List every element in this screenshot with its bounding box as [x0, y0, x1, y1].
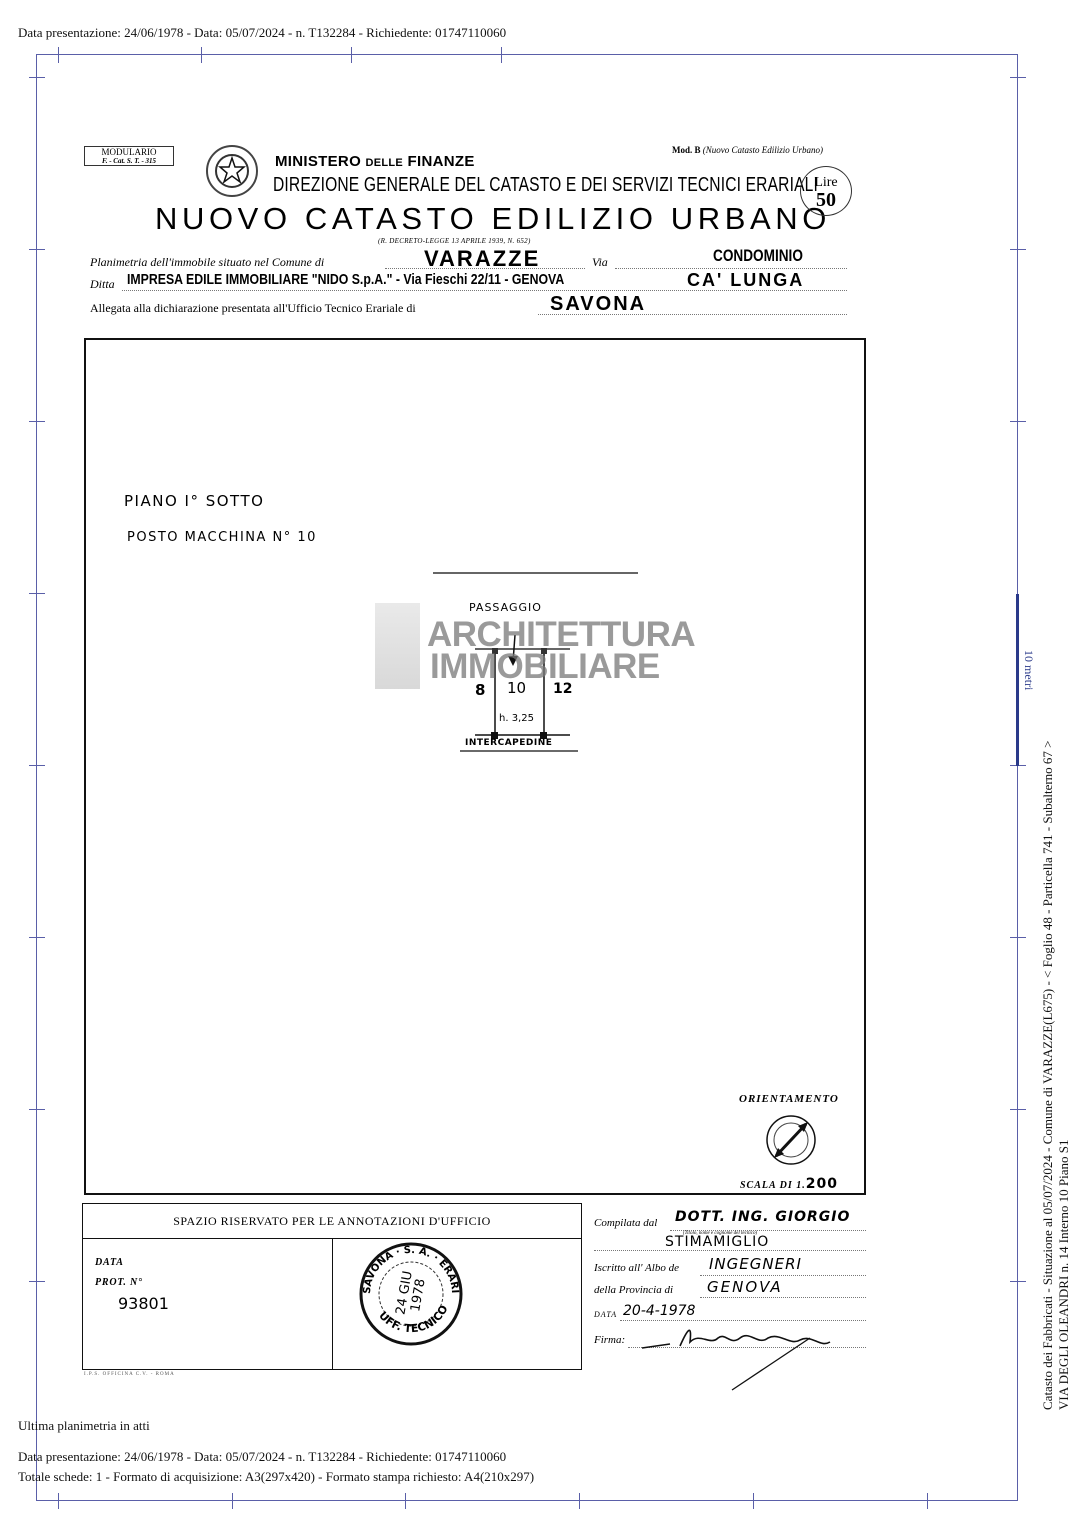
footer-ultima: Ultima planimetria in atti — [18, 1418, 150, 1434]
plan-note-parking: POSTO MACCHINA N° 10 — [127, 530, 317, 545]
albo-value: INGEGNERI — [709, 1255, 802, 1273]
scale-text: SCALA DI 1.200 — [740, 1176, 838, 1192]
passaggio-label: PASSAGGIO — [469, 601, 542, 614]
anno-prot-label: PROT. N° — [95, 1277, 143, 1288]
via-value-line1: CONDOMINIO — [713, 246, 803, 266]
revenue-stamp: Lire 50 — [800, 166, 852, 216]
direzione-heading: DIREZIONE GENERALE DEL CATASTO E DEI SER… — [273, 174, 818, 197]
albo-label: Iscritto all' Albo de — [594, 1262, 679, 1274]
compilata-value-line2: STIMAMIGLIO — [665, 1234, 769, 1250]
header-meta: Data presentazione: 24/06/1978 - Data: 0… — [18, 25, 506, 41]
ufficio-value: SAVONA — [550, 293, 646, 316]
floor-plan-area — [84, 338, 866, 1195]
footer-line2: Totale schede: 1 - Formato di acquisizio… — [18, 1469, 534, 1485]
side-info-line2: VIA DEGLI OLEANDRI n. 14 Interno 10 Pian… — [1056, 1140, 1072, 1410]
modulario-line1: MODULARIO — [85, 148, 173, 157]
north-arrow-icon — [764, 1114, 818, 1166]
decreto-reference: (R. DECRETO-LEGGE 13 APRILE 1939, N. 652… — [378, 237, 531, 245]
height-label: h. 3,25 — [499, 713, 534, 724]
compilata-value-line1: DOTT. ING. GIORGIO — [675, 1209, 850, 1225]
ministero-heading: MINISTERO DELLE FINANZE — [275, 153, 475, 170]
ministero-word: MINISTERO — [275, 153, 361, 170]
watermark-tower-image — [375, 603, 420, 689]
mod-b-label: Mod. B (Nuovo Catasto Edilizio Urbano) — [672, 145, 823, 155]
office-stamp-icon: 24 GIU 1978 SAVONA · S. A. · ERARIALE UF… — [358, 1241, 464, 1347]
firma-label: Firma: — [594, 1334, 625, 1346]
modulario-line2: F. - Cat. S. T. - 315 — [85, 157, 173, 166]
annotations-divider — [332, 1239, 333, 1370]
lire-label: Lire — [801, 176, 851, 190]
comp-data-value: 20-4-1978 — [623, 1303, 695, 1319]
compilata-label: Compilata dal — [594, 1217, 657, 1229]
printer-mark: I.P.S. OFFICINA C.V. - ROMA — [84, 1372, 175, 1377]
modulario-box: MODULARIO F. - Cat. S. T. - 315 — [84, 146, 174, 166]
ditta-label: Ditta — [90, 277, 115, 292]
scale-bar — [1016, 594, 1019, 766]
delle-word: DELLE — [366, 157, 404, 169]
scale-label-text: SCALA DI 1. — [740, 1180, 806, 1191]
via-value-line2: CA' LUNGA — [687, 270, 804, 291]
comp-data-label: DATA — [594, 1310, 617, 1319]
allegata-label: Allegata alla dichiarazione presentata a… — [90, 301, 416, 316]
unit-left-number: 8 — [475, 681, 485, 699]
ditta-value: IMPRESA EDILE IMMOBILIARE "NIDO S.p.A." … — [127, 271, 564, 288]
office-annotations-heading: SPAZIO RISERVATO PER LE ANNOTAZIONI D'UF… — [82, 1203, 582, 1239]
anno-prot-value: 93801 — [118, 1294, 169, 1313]
via-label: Via — [592, 255, 608, 270]
form-title: NUOVO CATASTO EDILIZIO URBANO — [155, 201, 831, 237]
planimetria-label: Planimetria dell'immobile situato nel Co… — [90, 255, 324, 270]
unit-right-number: 12 — [553, 681, 572, 697]
italian-republic-emblem-icon — [206, 145, 258, 197]
signature — [640, 1320, 860, 1392]
footer-line1: Data presentazione: 24/06/1978 - Data: 0… — [18, 1449, 506, 1465]
mod-b-description: (Nuovo Catasto Edilizio Urbano) — [703, 145, 823, 155]
intercapedine-label: INTERCAPEDINE — [465, 738, 552, 748]
provincia-label: della Provincia di — [594, 1284, 673, 1296]
scale-label: 10 metri — [1021, 650, 1036, 690]
orientamento-label: ORIENTAMENTO — [739, 1093, 839, 1105]
finanze-word: FINANZE — [408, 153, 475, 170]
plan-note-floor: PIANO I° SOTTO — [124, 492, 264, 510]
lire-value: 50 — [801, 190, 851, 210]
anno-data-label: DATA — [95, 1257, 124, 1268]
mod-b-code: Mod. B — [672, 145, 701, 155]
comune-value: VARAZZE — [424, 246, 540, 272]
unit-main-number: 10 — [507, 679, 526, 697]
scale-value: 200 — [806, 1176, 838, 1192]
watermark-line2: IMMOBILIARE — [430, 651, 660, 683]
provincia-value: GENOVA — [707, 1278, 783, 1296]
side-info-line1: Catasto dei Fabbricati - Situazione al 0… — [1040, 741, 1056, 1411]
